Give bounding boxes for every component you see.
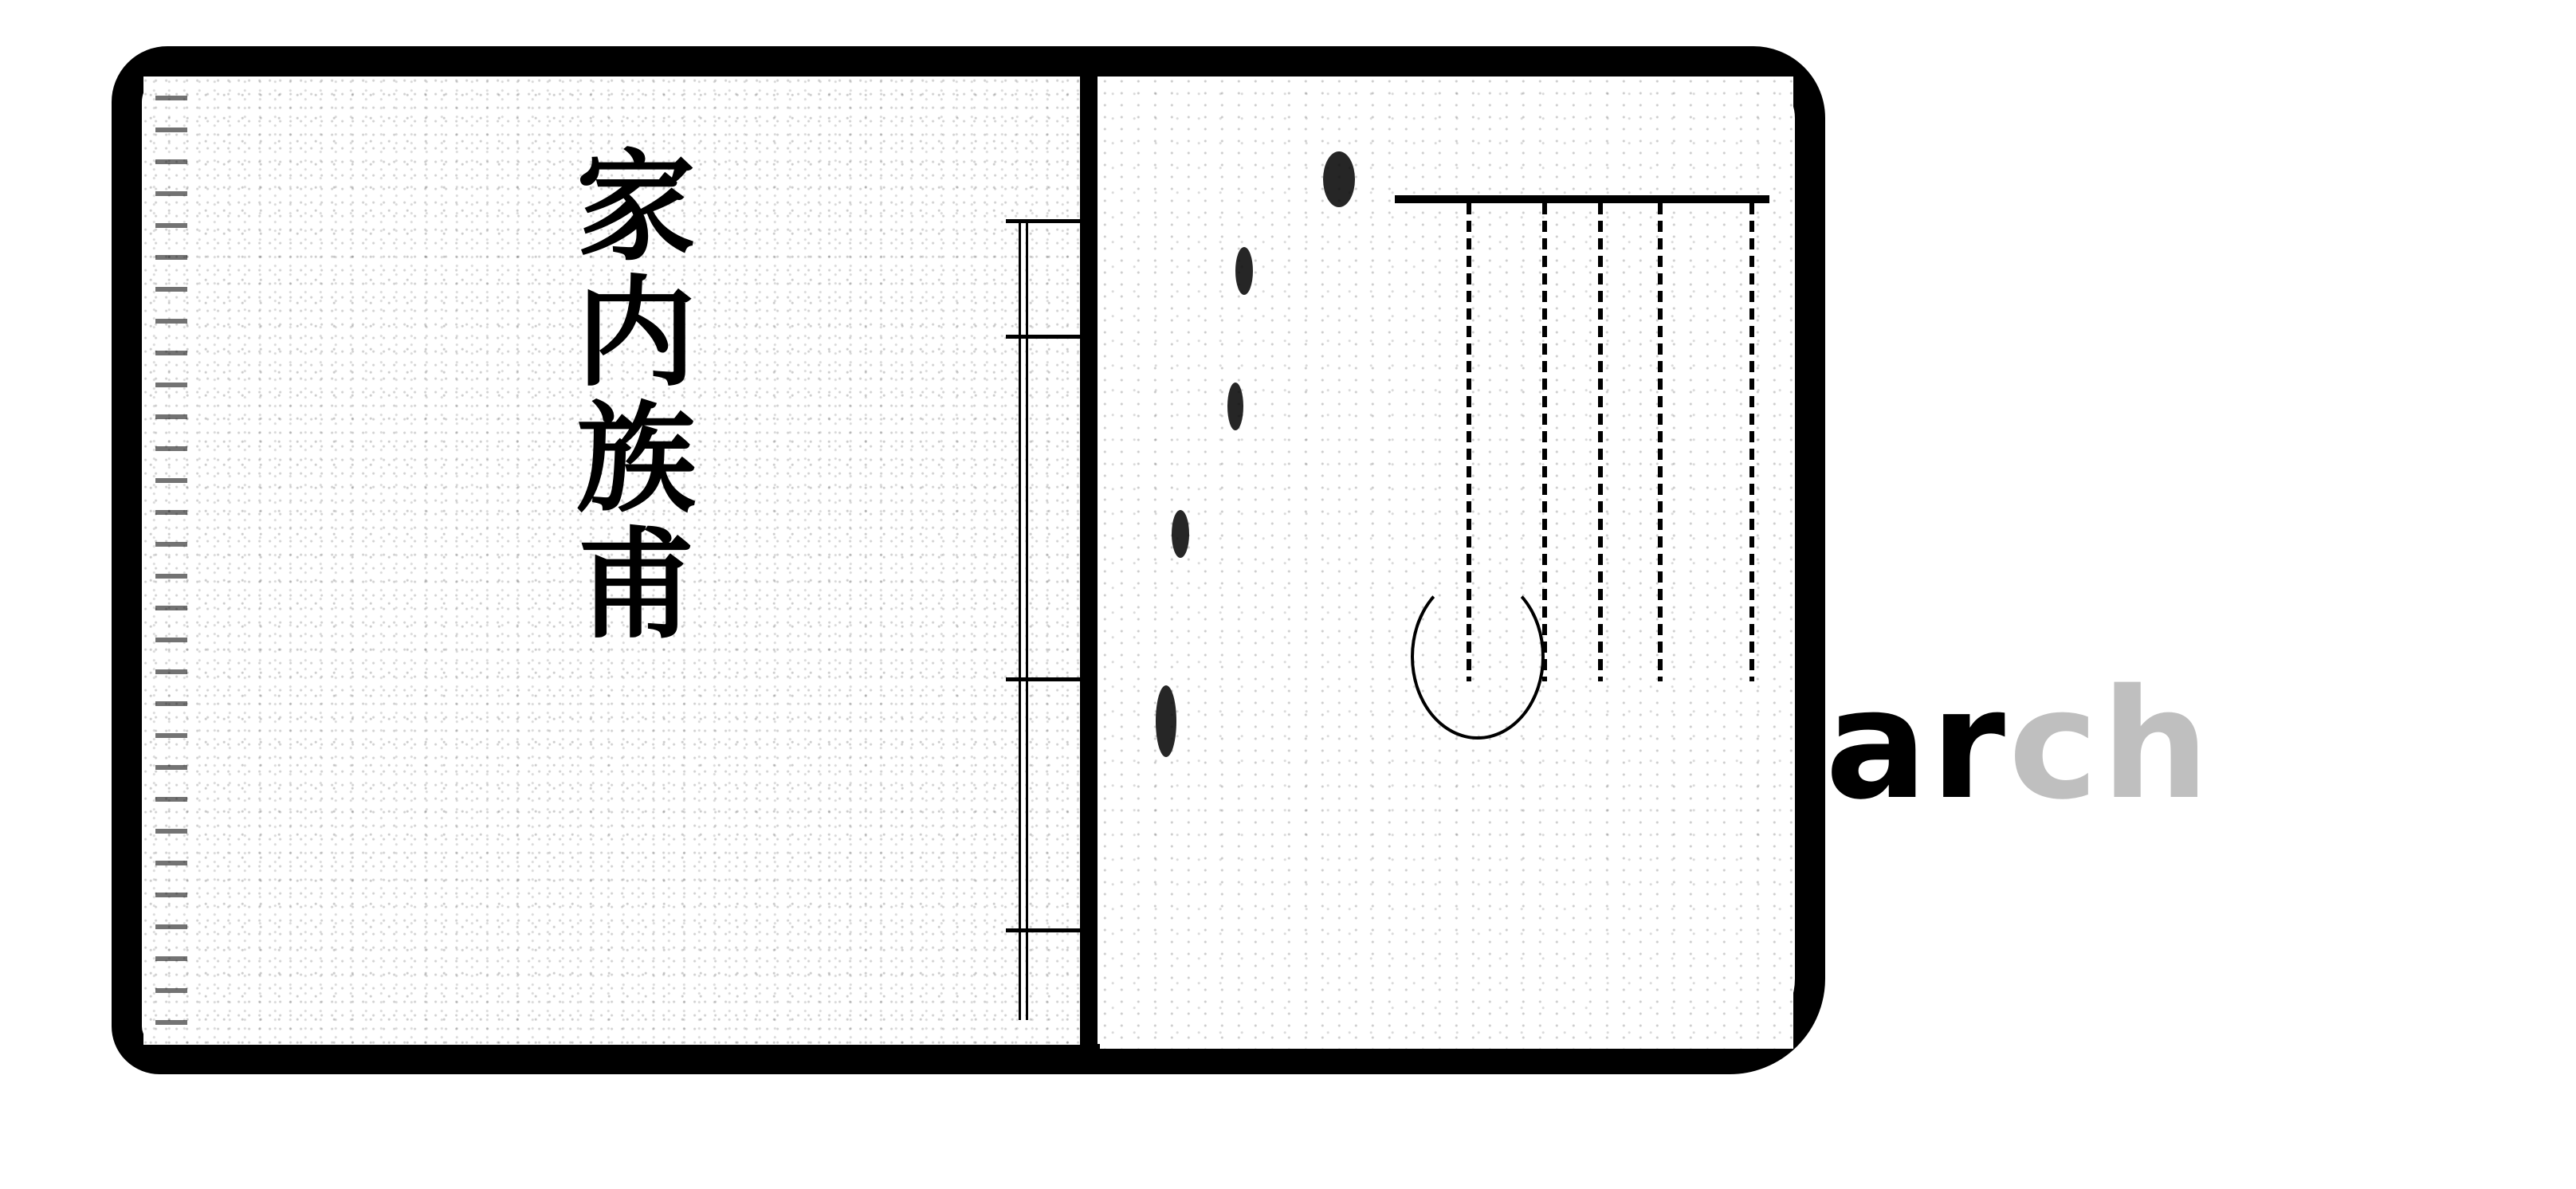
watermark-faded: ch bbox=[2009, 657, 2213, 833]
ink-stain bbox=[1323, 151, 1355, 207]
column-rule bbox=[1749, 203, 1754, 681]
paper-tear bbox=[1411, 574, 1545, 740]
page-frame-top-rule bbox=[1395, 195, 1769, 203]
spine-thread-column bbox=[1019, 223, 1028, 1020]
right-page bbox=[1100, 77, 1793, 1049]
watermark: arch bbox=[1825, 669, 2213, 821]
cover-title: 家内族甫 bbox=[558, 143, 685, 647]
column-rule bbox=[1658, 203, 1663, 681]
column-rule bbox=[1598, 203, 1603, 681]
left-binding-stitches bbox=[155, 96, 187, 1028]
spine-divider bbox=[1080, 64, 1098, 1060]
ink-stain bbox=[1156, 685, 1176, 757]
ink-stain bbox=[1172, 510, 1189, 558]
ink-stain bbox=[1227, 383, 1243, 430]
watermark-solid: ar bbox=[1825, 657, 2009, 833]
column-rule bbox=[1542, 203, 1547, 681]
ink-stain bbox=[1235, 247, 1253, 295]
